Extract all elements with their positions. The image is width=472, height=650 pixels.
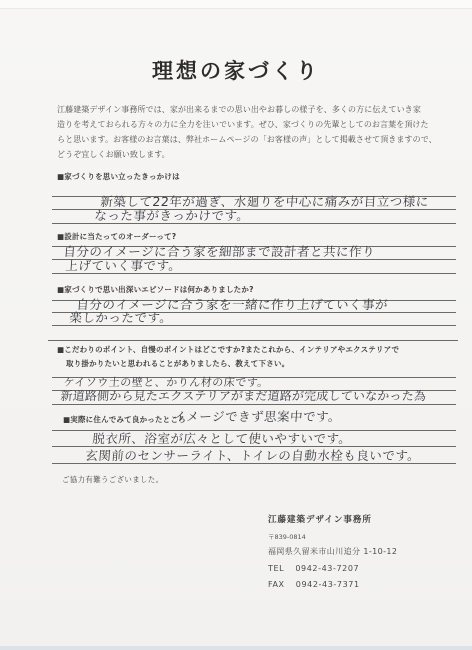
intro-line-3: らと思います。お客様のお言葉は、弊社ホームページの「お客様の声」として掲載させて… <box>57 132 437 147</box>
answer-row: 玄関前のセンサーライト、トイレの自動水栓も良いです。 <box>52 447 456 464</box>
divider-line <box>48 340 458 341</box>
question-4-line-1: ■こだわりのポイント、自慢のポイントはどこですか?またこれから、インテリアやエク… <box>57 344 399 355</box>
page-title: 理想の家づくり <box>0 55 472 85</box>
question-2: ■設計に当たってのオーダーって? <box>57 231 176 242</box>
handwritten-text: 新築して22年が過ぎ、水廻りを中心に痛みが目立つ様に <box>100 195 429 208</box>
handwritten-text: ケイソウ土の壁と、かりん材の床です。 <box>63 376 269 389</box>
handwritten-text: 脱衣所、浴室が広々として使いやすいです。 <box>92 432 352 445</box>
intro-line-1: 江藤建築デザイン事務所では、家が出来るまでの思い出やお暮しの様子を、多くの方に伝… <box>57 102 437 117</box>
fax-label: FAX <box>268 580 285 589</box>
answer-block-5: 脱衣所、浴室が広々として使いやすいです。 玄関前のセンサーライト、トイレの自動水… <box>52 430 456 464</box>
tel-row: TEL 0942-43-7207 <box>268 564 397 573</box>
intro-paragraph: 江藤建築デザイン事務所では、家が出来るまでの思い出やお暮しの様子を、多くの方に伝… <box>57 102 437 162</box>
closing-note: ご協力有難うございました。 <box>62 474 163 485</box>
handwritten-text: 上げていく事です。 <box>65 259 182 272</box>
question-5: ■実際に住んでみて良かったところ <box>63 414 186 425</box>
answer-block-3: 自分のイメージに合う家を一緒に作り上げていく事が 楽しかったです。 <box>52 300 456 326</box>
handwritten-text: 自分のイメージに合う家を細部まで設計者と共に作り <box>63 245 376 258</box>
company-footer: 江藤建築デザイン事務所 〒839-0814 福岡県久留米市山川追分 1-10-1… <box>268 513 397 589</box>
company-address: 福岡県久留米市山川追分 1-10-12 <box>268 546 397 557</box>
handwritten-text: 楽しかったです。 <box>69 311 173 324</box>
paper-top-edge <box>0 0 472 9</box>
handwritten-text: 新道路側から見たエクステリアがまだ道路が完成していなかった為 <box>60 390 427 403</box>
answer-row: 新道路側から見たエクステリアがまだ道路が完成していなかった為 <box>52 391 456 405</box>
intro-line-4: どうぞ宜しくお願い致します。 <box>57 147 437 162</box>
question-4-line-2: 取り掛かりたいと思われることがありましたら、教えて下さい。 <box>66 358 289 369</box>
handwritten-text: イメージできず思案中です。 <box>173 410 342 423</box>
handwritten-text: なった事がきっかけです。 <box>94 209 250 222</box>
tel-label: TEL <box>268 564 284 573</box>
intro-line-2: 造りを考えておられる方々の力に全力を注いでいます。ぜひ、家づくりの先輩としてのお… <box>57 117 437 132</box>
postal-code: 〒839-0814 <box>268 532 397 541</box>
answer-row: 上げていく事です。 <box>52 260 456 274</box>
answer-row: 脱衣所、浴室が広々として使いやすいです。 <box>52 430 456 447</box>
answer-row: なった事がきっかけです。 <box>52 210 456 224</box>
fax-number: 0942-43-7371 <box>296 580 360 589</box>
answer-row: 楽しかったです。 <box>52 313 456 326</box>
scan-bottom-edge <box>0 646 472 650</box>
fax-row: FAX 0942-43-7371 <box>268 580 397 589</box>
company-name: 江藤建築デザイン事務所 <box>268 513 397 525</box>
answer-block-1: 新築して22年が過ぎ、水廻りを中心に痛みが目立つ様に なった事がきっかけです。 <box>52 196 456 224</box>
question-1: ■家づくりを思い立ったきっかけは <box>57 171 180 182</box>
tel-number: 0942-43-7207 <box>295 564 359 573</box>
handwritten-text: 玄関前のセンサーライト、トイレの自動水栓も良いです。 <box>85 449 421 462</box>
question-3: ■家づくりで思い出深いエピソードは何かありましたか? <box>57 284 254 295</box>
scanned-questionnaire-page: 理想の家づくり 江藤建築デザイン事務所では、家が出来るまでの思い出やお暮しの様子… <box>0 0 472 650</box>
answer-block-2: 自分のイメージに合う家を細部まで設計者と共に作り 上げていく事です。 <box>52 246 456 274</box>
